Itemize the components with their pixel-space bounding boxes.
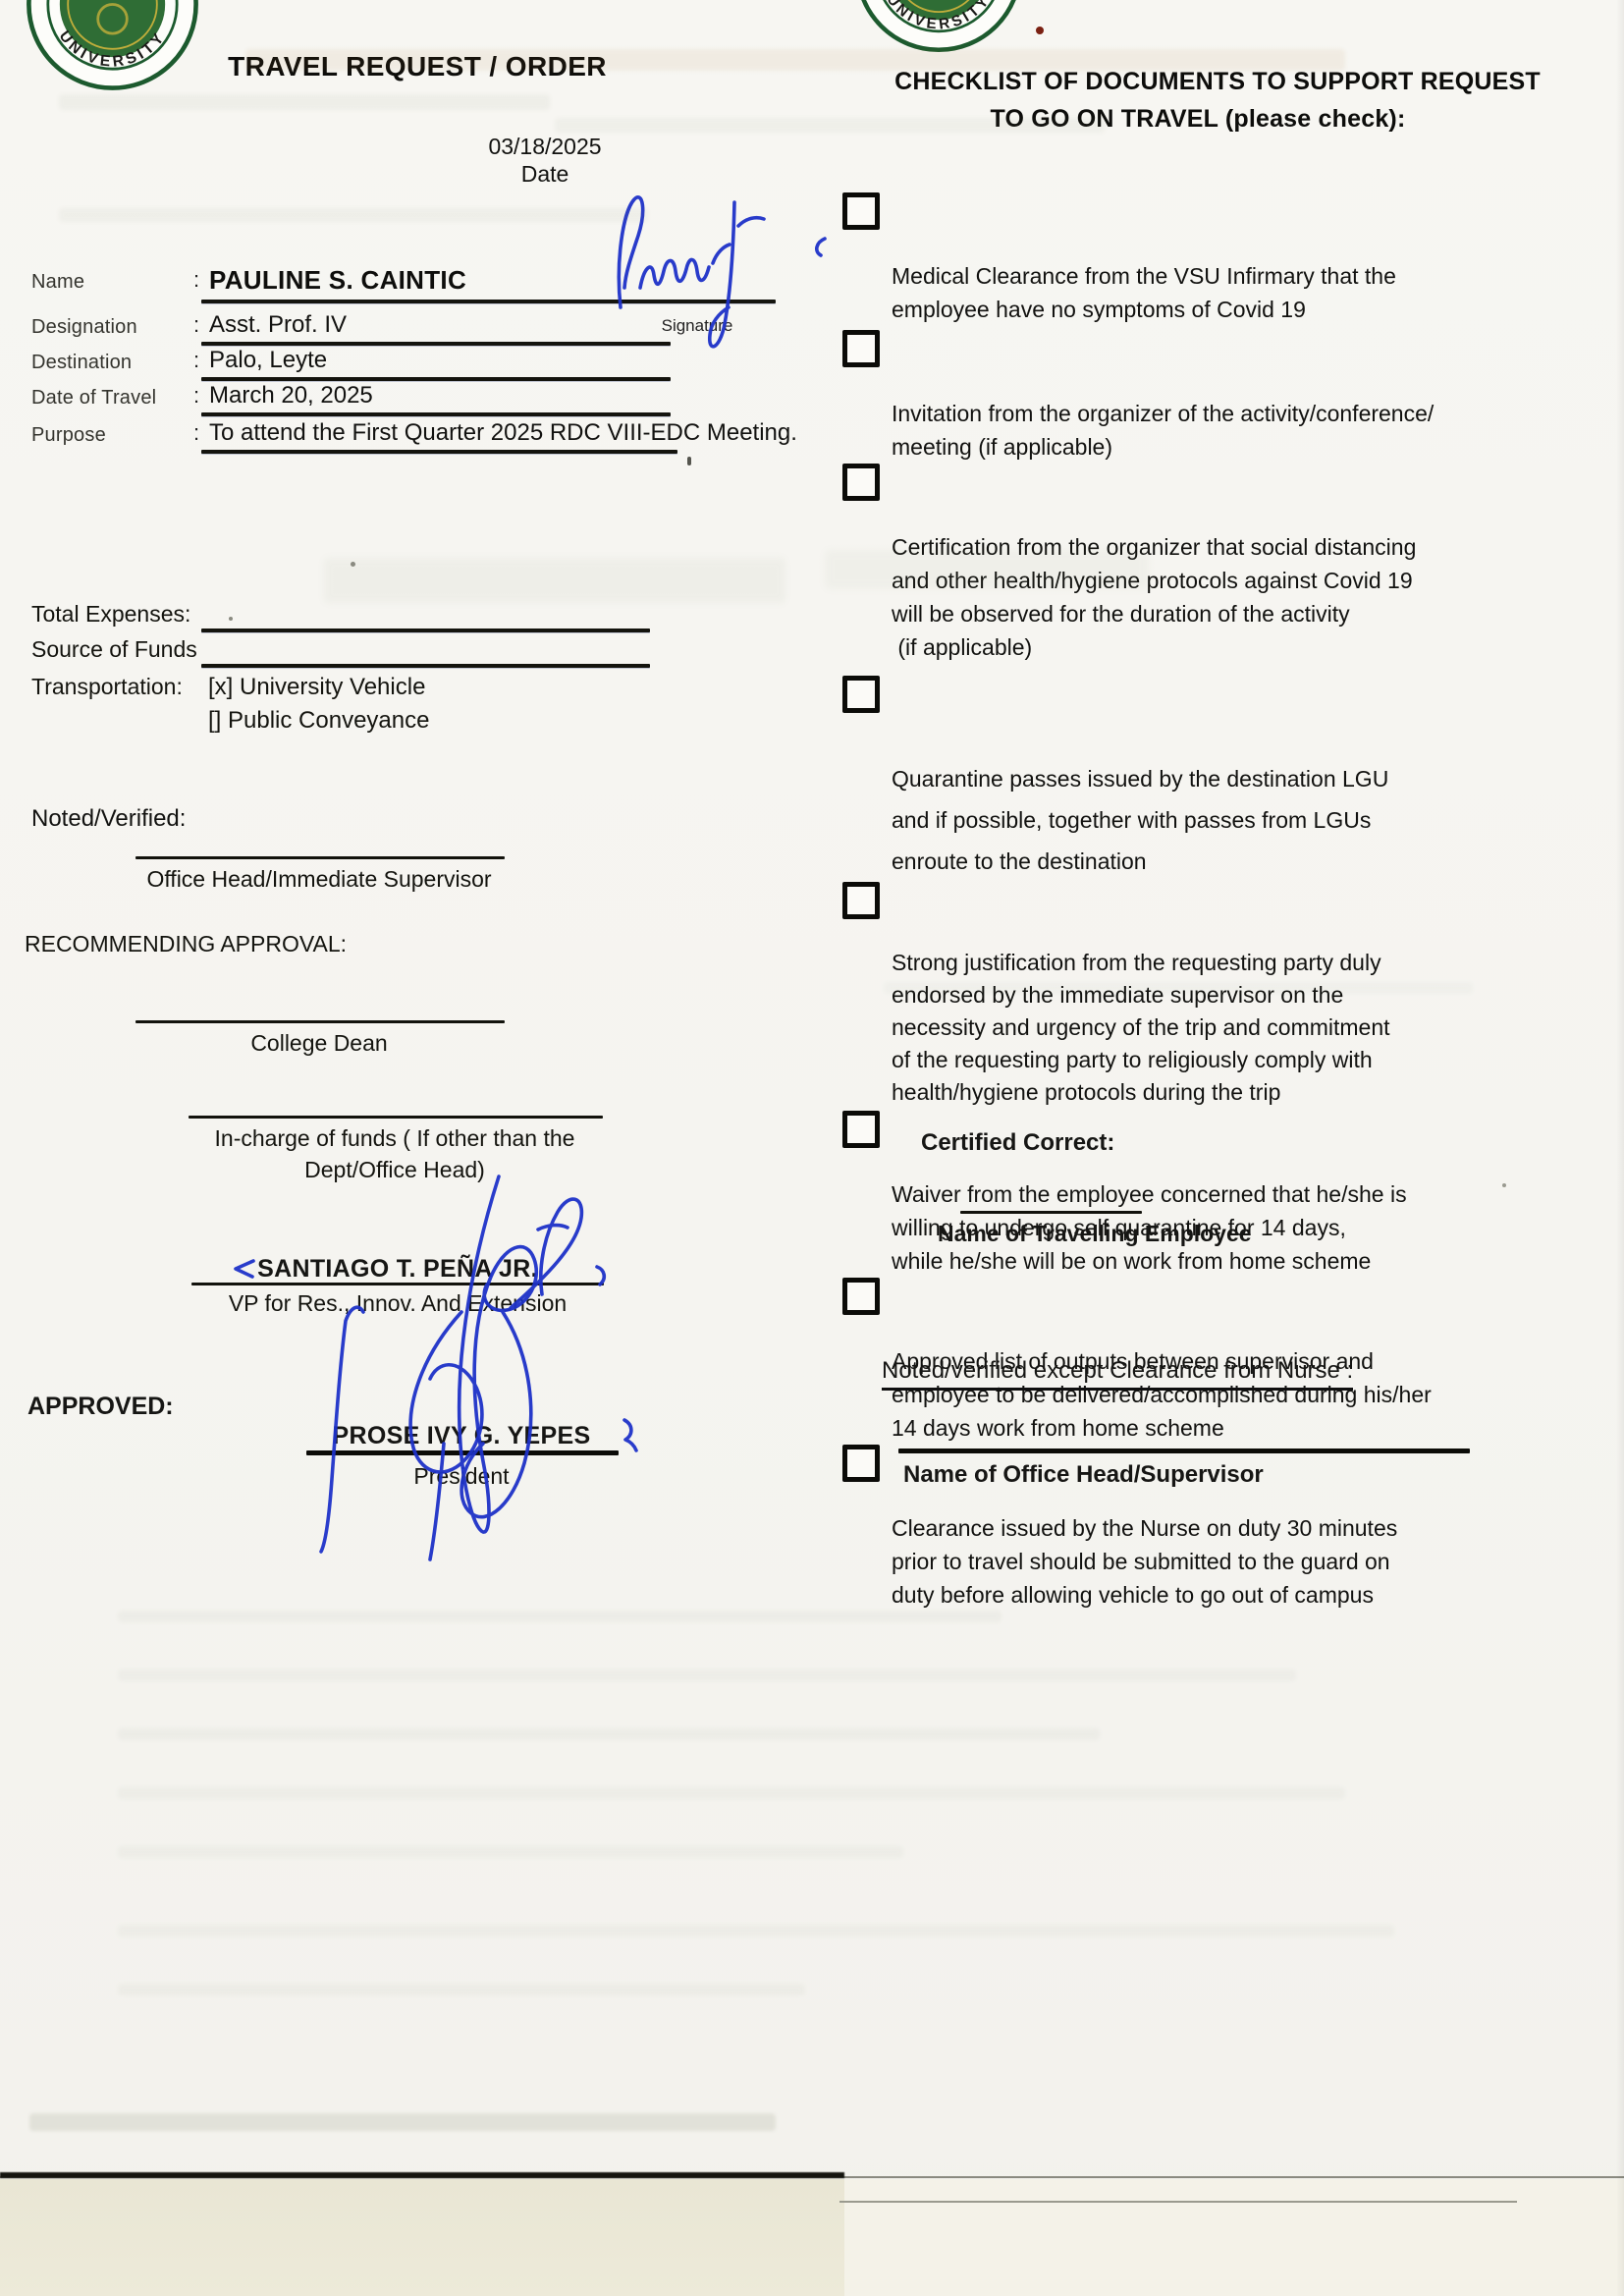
approved-label: APPROVED: bbox=[27, 1393, 174, 1421]
checkbox-approved-outputs[interactable] bbox=[842, 1278, 880, 1315]
checklist-item-text: Medical Clearance from the VSU Infirmary… bbox=[892, 263, 1396, 322]
signature-label: Signature bbox=[638, 316, 756, 336]
checklist-item: Strong justification from the requesting… bbox=[842, 882, 1510, 1109]
field-underline bbox=[201, 450, 677, 454]
ink-mark-checkbox bbox=[817, 239, 825, 255]
bleedthrough-smudge bbox=[118, 1728, 1100, 1740]
bleedthrough-watermark bbox=[324, 558, 785, 603]
incharge-funds-caption-2: Dept/Office Head) bbox=[169, 1157, 621, 1183]
checklist-item-text: Certification from the organizer that so… bbox=[892, 534, 1416, 660]
checkbox-quarantine-passes[interactable] bbox=[842, 676, 880, 713]
noted-verified-label: Noted/Verified: bbox=[31, 805, 186, 833]
field-colon: : bbox=[193, 348, 199, 373]
bleedthrough-smudge bbox=[29, 2113, 776, 2131]
bleedthrough-smudge bbox=[118, 1846, 903, 1858]
transportation-option-university-vehicle: [x] University Vehicle bbox=[208, 674, 425, 701]
field-underline bbox=[201, 342, 671, 346]
checklist-item: Certification from the organizer that so… bbox=[842, 464, 1510, 664]
bleedthrough-smudge bbox=[59, 208, 648, 222]
certified-correct-label: Certified Correct: bbox=[921, 1129, 1114, 1157]
date-label: Date bbox=[422, 161, 668, 188]
bleedthrough-smudge bbox=[118, 1669, 1296, 1681]
office-head-caption: Office Head/Immediate Supervisor bbox=[108, 866, 530, 893]
checklist-item: Invitation from the organizer of the act… bbox=[842, 330, 1510, 464]
page-title: TRAVEL REQUEST / ORDER bbox=[167, 51, 668, 82]
paper-edge-hairline-2 bbox=[839, 2201, 1517, 2203]
scan-edge-shadow bbox=[1616, 0, 1624, 2296]
checklist-item-text: Invitation from the organizer of the act… bbox=[892, 401, 1434, 460]
field-colon: : bbox=[193, 383, 199, 409]
vp-signature-line bbox=[191, 1283, 604, 1285]
incharge-funds-line bbox=[189, 1116, 603, 1119]
checklist-item-text: Quarantine passes issued by the destinat… bbox=[892, 766, 1388, 874]
field-value-destination: Palo, Leyte bbox=[209, 347, 327, 374]
field-colon: : bbox=[193, 312, 199, 338]
checklist-item: Quarantine passes issued by the destinat… bbox=[842, 676, 1510, 882]
president-name: PROSE IVY G. YEPES bbox=[295, 1422, 628, 1450]
checkbox-waiver[interactable] bbox=[842, 1111, 880, 1148]
field-value-name: PAULINE S. CAINTIC bbox=[209, 265, 466, 296]
president-signature-line bbox=[306, 1450, 619, 1455]
scan-speck bbox=[351, 562, 355, 567]
office-head-supervisor-caption: Name of Office Head/Supervisor bbox=[903, 1461, 1264, 1489]
office-head-signature-line bbox=[135, 856, 505, 859]
transportation-label: Transportation: bbox=[31, 674, 183, 700]
total-expenses-label: Total Expenses: bbox=[31, 601, 190, 628]
field-value-date-of-travel: March 20, 2025 bbox=[209, 382, 373, 410]
checkbox-certification[interactable] bbox=[842, 464, 880, 501]
field-label-designation: Designation bbox=[31, 316, 137, 339]
checklist-title-line1: CHECKLIST OF DOCUMENTS TO SUPPORT REQUES… bbox=[825, 63, 1610, 100]
field-label-name: Name bbox=[31, 271, 84, 294]
source-of-funds-line bbox=[201, 664, 650, 668]
travelling-employee-line bbox=[960, 1211, 1142, 1214]
field-label-date-of-travel: Date of Travel bbox=[31, 387, 156, 410]
scanned-travel-request-form: UNIVERSITY UNIVERSITY TRAVEL REQUEST / O… bbox=[0, 0, 1624, 2296]
ink-speck bbox=[1036, 27, 1044, 34]
bleedthrough-smudge bbox=[118, 1925, 1394, 1937]
field-label-destination: Destination bbox=[31, 352, 132, 374]
transportation-option-public-conveyance: [] Public Conveyance bbox=[208, 707, 429, 735]
field-underline bbox=[201, 412, 671, 416]
total-expenses-line bbox=[201, 629, 650, 632]
noted-except-label: Noted/verified except Clearance from Nur… bbox=[882, 1357, 1353, 1391]
bleedthrough-smudge bbox=[118, 1611, 1001, 1622]
checklist: Medical Clearance from the VSU Infirmary… bbox=[842, 192, 1510, 1612]
checklist-item-text: Clearance issued by the Nurse on duty 30… bbox=[892, 1515, 1397, 1608]
field-label-purpose: Purpose bbox=[31, 424, 106, 447]
college-dean-signature-line bbox=[135, 1020, 505, 1023]
field-value-purpose: To attend the First Quarter 2025 RDC VII… bbox=[209, 419, 797, 447]
field-value-designation: Asst. Prof. IV bbox=[209, 311, 347, 339]
source-of-funds-label: Source of Funds bbox=[31, 636, 197, 663]
bleedthrough-smudge bbox=[59, 94, 550, 110]
bleedthrough-smudge bbox=[118, 1984, 805, 1995]
field-underline bbox=[201, 300, 776, 303]
incharge-funds-caption-1: In-charge of funds ( If other than the bbox=[169, 1125, 621, 1152]
under-paper-left bbox=[0, 2179, 844, 2296]
president-title: President bbox=[295, 1463, 628, 1490]
college-dean-caption: College Dean bbox=[108, 1030, 530, 1057]
checkbox-medical-clearance[interactable] bbox=[842, 192, 880, 230]
travelling-employee-caption: Name of Travelling Employee bbox=[938, 1221, 1252, 1247]
scan-speck bbox=[229, 617, 233, 621]
vp-name: SANTIAGO T. PEÑA JR. bbox=[191, 1255, 604, 1284]
under-paper-right bbox=[844, 2179, 1624, 2296]
vp-title: VP for Res., Innov. And Extension bbox=[182, 1290, 614, 1317]
paper-edge-dark bbox=[0, 2172, 844, 2178]
checkbox-invitation[interactable] bbox=[842, 330, 880, 367]
checkbox-strong-justification[interactable] bbox=[842, 882, 880, 919]
recommending-approval-label: RECOMMENDING APPROVAL: bbox=[25, 931, 347, 957]
checklist-title-line2: TO GO ON TRAVEL (please check): bbox=[825, 100, 1571, 137]
scan-speck bbox=[687, 457, 691, 465]
field-colon: : bbox=[193, 267, 199, 293]
field-colon: : bbox=[193, 420, 199, 446]
office-head-supervisor-line bbox=[898, 1449, 1470, 1453]
bleedthrough-smudge bbox=[118, 1787, 1345, 1799]
date-value: 03/18/2025 bbox=[422, 134, 668, 160]
field-underline bbox=[201, 377, 671, 381]
checkbox-nurse-clearance[interactable] bbox=[842, 1445, 880, 1482]
checklist-item: Medical Clearance from the VSU Infirmary… bbox=[842, 192, 1510, 326]
university-seal-logo-right: UNIVERSITY bbox=[850, 0, 1027, 57]
checklist-item-text: Strong justification from the requesting… bbox=[892, 950, 1390, 1105]
